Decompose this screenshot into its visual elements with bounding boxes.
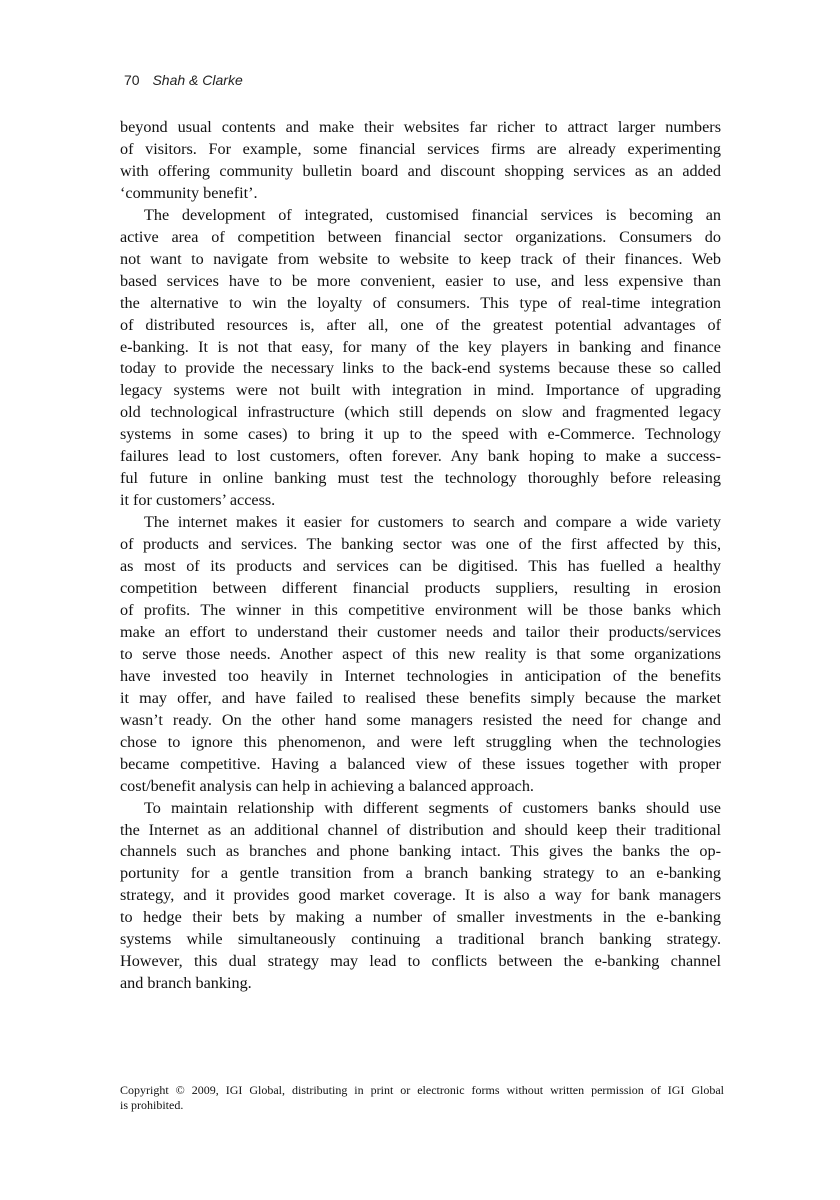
- text-line: of distributed resources is, after all, …: [120, 315, 721, 337]
- paragraph: The internet makes it easier for custome…: [120, 512, 721, 797]
- text-line: legacy systems were not built with integ…: [120, 380, 721, 402]
- paragraph: To maintain relationship with different …: [120, 798, 721, 996]
- copyright-footer: Copyright © 2009, IGI Global, distributi…: [120, 1083, 724, 1113]
- running-header-authors: Shah & Clarke: [152, 72, 242, 88]
- copyright-line-2: is prohibited.: [120, 1098, 724, 1113]
- text-line: beyond usual contents and make their web…: [120, 117, 721, 139]
- text-line: failures lead to lost customers, often f…: [120, 446, 721, 468]
- text-line: chose to ignore this phenomenon, and wer…: [120, 732, 721, 754]
- text-line: the Internet as an additional channel of…: [120, 820, 721, 842]
- paragraph: beyond usual contents and make their web…: [120, 117, 721, 205]
- running-header: 70 Shah & Clarke: [124, 72, 243, 88]
- text-line: old technological infrastructure (which …: [120, 402, 721, 424]
- text-line: today to provide the necessary links to …: [120, 358, 721, 380]
- text-line: with offering community bulletin board a…: [120, 161, 721, 183]
- text-line: of profits. The winner in this competiti…: [120, 600, 721, 622]
- document-page: 70 Shah & Clarke beyond usual contents a…: [0, 0, 840, 1200]
- text-line: to serve those needs. Another aspect of …: [120, 644, 721, 666]
- text-line: The development of integrated, customise…: [120, 205, 721, 227]
- paragraph: The development of integrated, customise…: [120, 205, 721, 512]
- text-line: However, this dual strategy may lead to …: [120, 951, 721, 973]
- text-line: became competitive. Having a balanced vi…: [120, 754, 721, 776]
- text-line: e-banking. It is not that easy, for many…: [120, 337, 721, 359]
- text-line: systems while simultaneously continuing …: [120, 929, 721, 951]
- text-line: make an effort to understand their custo…: [120, 622, 721, 644]
- text-line: it may offer, and have failed to realise…: [120, 688, 721, 710]
- text-line: based services have to be more convenien…: [120, 271, 721, 293]
- text-line: as most of its products and services can…: [120, 556, 721, 578]
- text-line: systems in some cases) to bring it up to…: [120, 424, 721, 446]
- text-line: The internet makes it easier for custome…: [120, 512, 721, 534]
- text-line: it for customers’ access.: [120, 490, 721, 512]
- copyright-line-1: Copyright © 2009, IGI Global, distributi…: [120, 1083, 724, 1098]
- text-line: of visitors. For example, some financial…: [120, 139, 721, 161]
- text-line: strategy, and it provides good market co…: [120, 885, 721, 907]
- text-line: and branch banking.: [120, 973, 721, 995]
- text-line: channels such as branches and phone bank…: [120, 841, 721, 863]
- text-line: not want to navigate from website to web…: [120, 249, 721, 271]
- text-line: To maintain relationship with different …: [120, 798, 721, 820]
- body-text: beyond usual contents and make their web…: [120, 117, 721, 995]
- text-line: ful future in online banking must test t…: [120, 468, 721, 490]
- text-line: cost/benefit analysis can help in achiev…: [120, 776, 721, 798]
- text-line: ‘community benefit’.: [120, 183, 721, 205]
- text-line: portunity for a gentle transition from a…: [120, 863, 721, 885]
- page-number: 70: [124, 72, 140, 88]
- text-line: to hedge their bets by making a number o…: [120, 907, 721, 929]
- text-line: competition between different financial …: [120, 578, 721, 600]
- text-line: active area of competition between finan…: [120, 227, 721, 249]
- text-line: wasn’t ready. On the other hand some man…: [120, 710, 721, 732]
- text-line: the alternative to win the loyalty of co…: [120, 293, 721, 315]
- text-line: have invested too heavily in Internet te…: [120, 666, 721, 688]
- text-line: of products and services. The banking se…: [120, 534, 721, 556]
